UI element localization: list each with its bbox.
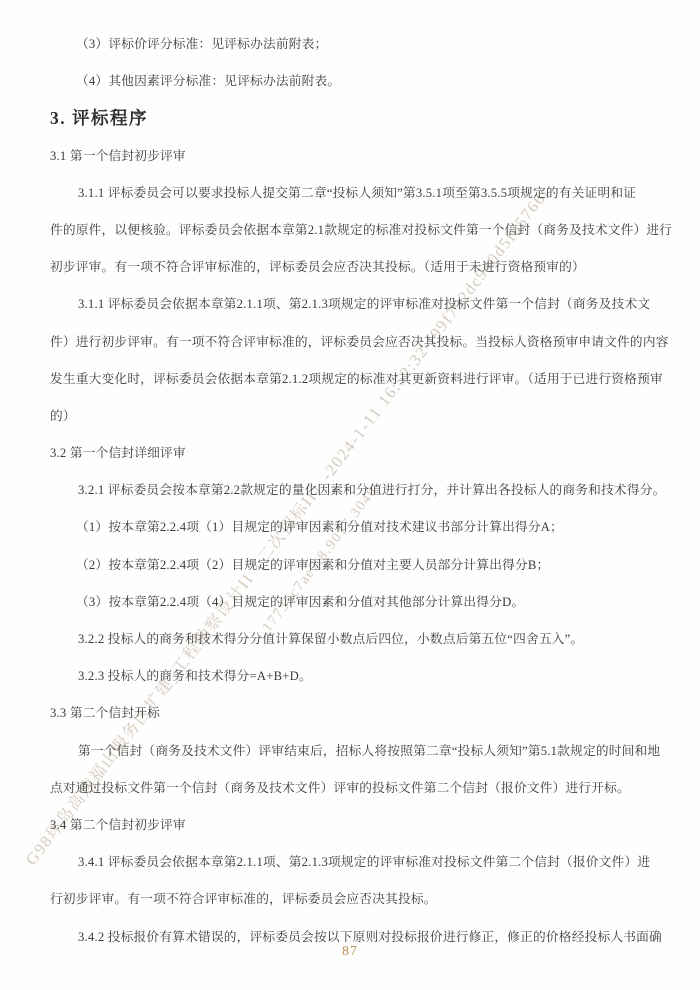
text-line: （4）其他因素评分标准：见评标办法前附表。 <box>50 63 662 100</box>
text-line: （2）按本章第2.2.4项（2）目规定的评审因素和分值对主要人员部分计算出得分B… <box>50 547 662 584</box>
text-line: 3.1.1 评标委员会可以要求投标人提交第二章“投标人须知”第3.5.1项至第3… <box>50 175 662 212</box>
text-lines: （3）评标价评分标准：见评标办法前附表；（4）其他因素评分标准：见评标办法前附表… <box>50 26 662 956</box>
document-page: G98环岛高速福山服务区扩建_工程勘察设计II（二次招标II）-2024-1-1… <box>0 0 700 990</box>
page-number: 87 <box>0 944 700 960</box>
text-line: 3.2 第一个信封详细评审 <box>50 435 662 472</box>
text-line: 3.2.1 评标委员会按本章第2.2款规定的量化因素和分值进行打分，并计算出各投… <box>50 472 662 509</box>
text-line: 的） <box>50 398 662 435</box>
text-line: 3.4.1 评标委员会依据本章第2.1.1项、第2.1.3项规定的评审标准对投标… <box>50 844 662 881</box>
text-line: 点对通过投标文件第一个信封（商务及技术文件）评审的投标文件第二个信封（报价文件）… <box>50 770 662 807</box>
text-line: 件的原件，以便核验。评标委员会依据本章第2.1款规定的标准对投标文件第一个信封（… <box>50 212 662 249</box>
text-line: 第一个信封（商务及技术文件）评审结束后，招标人将按照第二章“投标人须知”第5.1… <box>50 733 662 770</box>
text-line: 发生重大变化时，评标委员会依据本章第2.1.2项规定的标准对其更新资料进行评审。… <box>50 361 662 398</box>
text-line: 3.3 第二个信封开标 <box>50 695 662 732</box>
text-line: 3.1.1 评标委员会依据本章第2.1.1项、第2.1.3项规定的评审标准对投标… <box>50 286 662 323</box>
text-line: （3）评标价评分标准：见评标办法前附表； <box>50 26 662 63</box>
text-line: 初步评审。有一项不符合评审标准的，评标委员会应否决其投标。（适用于未进行资格预审… <box>50 249 662 286</box>
text-line: 3.1 第一个信封初步评审 <box>50 138 662 175</box>
section-heading: 3. 评标程序 <box>50 100 662 137</box>
text-line: 件）进行初步评审。有一项不符合评审标准的，评标委员会应否决其投标。当投标人资格预… <box>50 324 662 361</box>
text-line: （3）按本章第2.2.4项（4）目规定的评审因素和分值对其他部分计算出得分D。 <box>50 584 662 621</box>
text-line: 3.4 第二个信封初步评审 <box>50 807 662 844</box>
text-line: 3.2.2 投标人的商务和技术得分分值计算保留小数点后四位，小数点后第五位“四舍… <box>50 621 662 658</box>
text-line: 行初步评审。有一项不符合评审标准的，评标委员会应否决其投标。 <box>50 881 662 918</box>
text-line: 3.2.3 投标人的商务和技术得分=A+B+D。 <box>50 658 662 695</box>
text-line: （1）按本章第2.2.4项（1）目规定的评审因素和分值对技术建议书部分计算出得分… <box>50 509 662 546</box>
